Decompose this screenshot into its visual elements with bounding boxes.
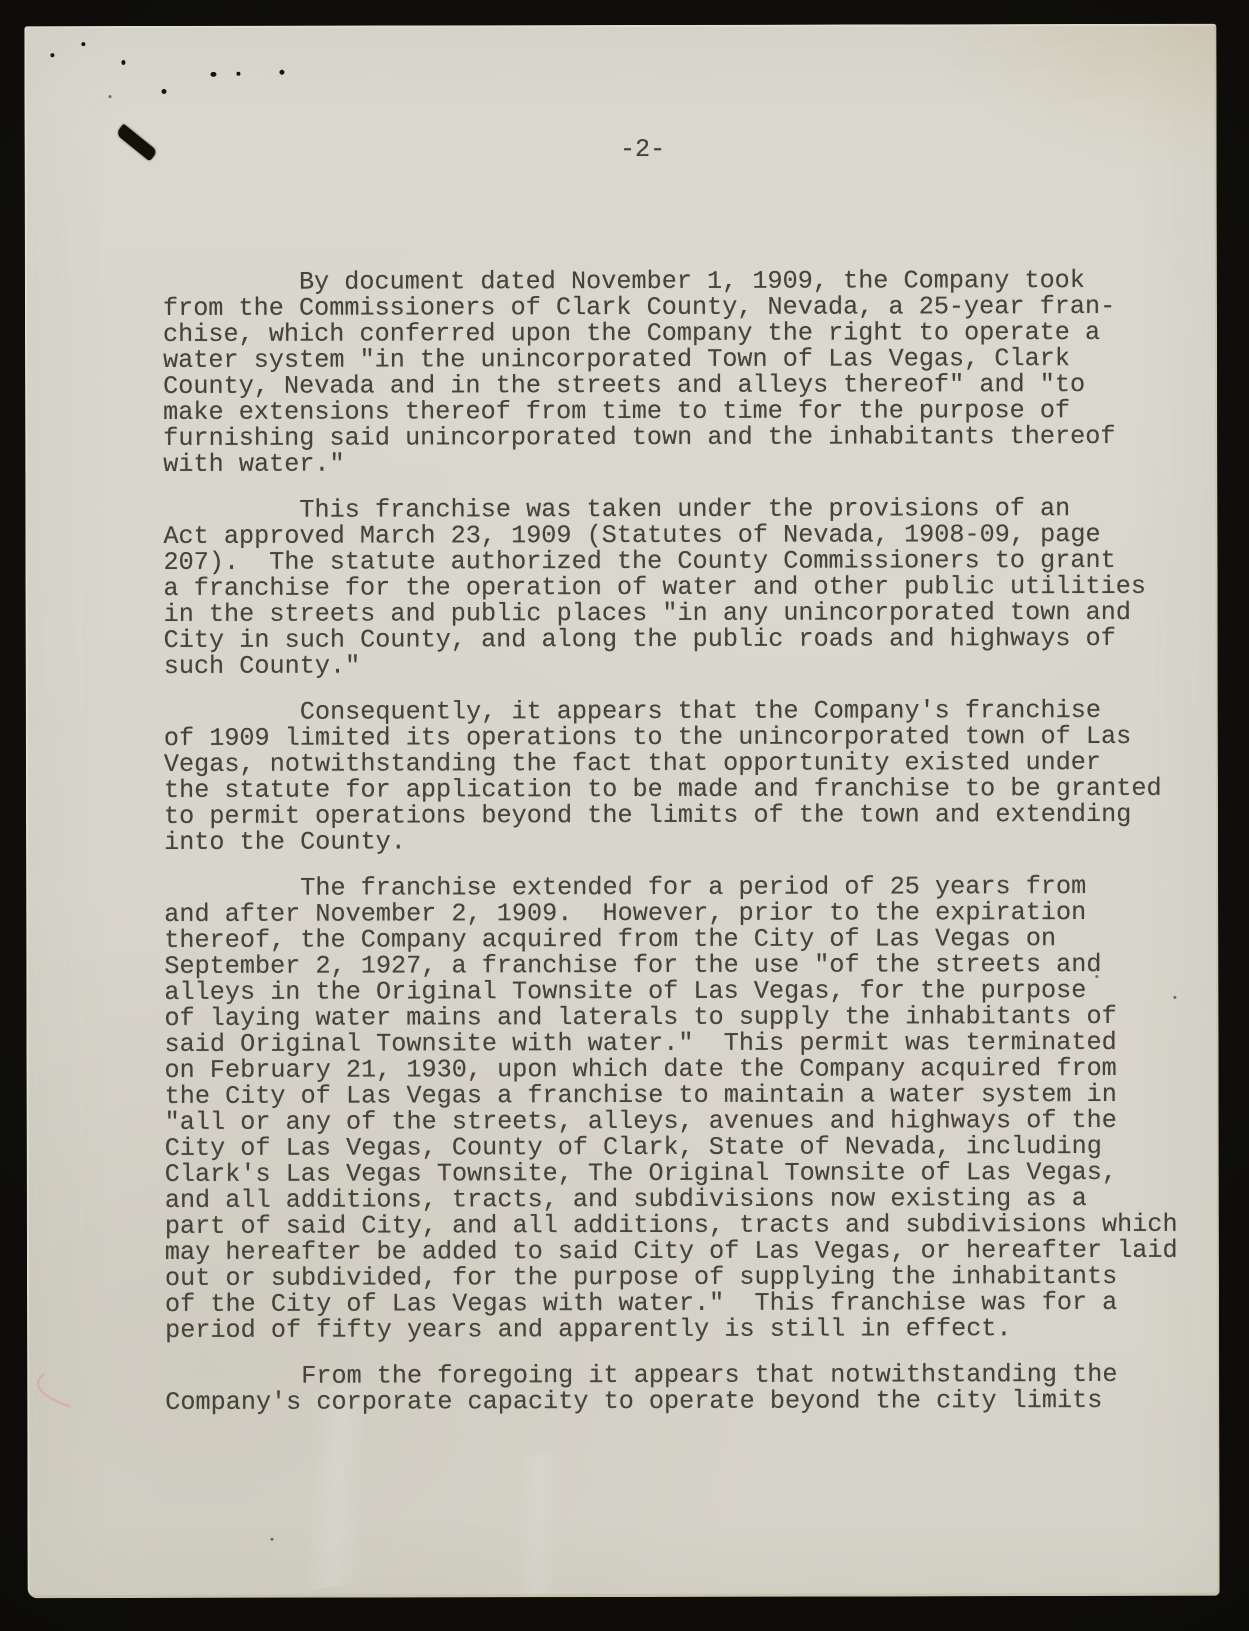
ink-speck: [108, 95, 111, 98]
ink-speck: [279, 70, 284, 75]
text-line: of the City of Las Vegas with water." Th…: [165, 1290, 1209, 1318]
scanned-document-screenshot: { "page_number": "-2-", "document": { "p…: [0, 0, 1249, 1631]
document-body: By document dated November 1, 1909, the …: [163, 268, 1209, 1436]
ink-speck: [121, 60, 125, 65]
paragraph: From the foregoing it appears that notwi…: [165, 1362, 1209, 1416]
text-line: such County.": [164, 652, 1208, 680]
paragraph: This franchise was taken under the provi…: [163, 496, 1207, 680]
text-line: furnishing said unincorporated town and …: [163, 424, 1207, 452]
pencil-mark-curve: [31, 1372, 81, 1412]
text-line: City in such County, and along the publi…: [164, 626, 1208, 654]
text-line: with water.": [163, 450, 1207, 478]
ink-speck: [210, 72, 216, 77]
ink-speck: [50, 53, 54, 57]
ink-speck: [271, 1538, 274, 1541]
ink-speck: [161, 89, 166, 94]
paragraph: Consequently, it appears that the Compan…: [164, 698, 1208, 856]
pink-pencil-mark: [31, 1372, 81, 1417]
page-number: -2-: [25, 136, 1217, 164]
paragraph: The franchise extended for a period of 2…: [164, 874, 1209, 1344]
paragraph: By document dated November 1, 1909, the …: [163, 268, 1207, 478]
text-line: period of fifty years and apparently is …: [165, 1316, 1209, 1344]
text-line: into the County.: [164, 828, 1208, 856]
text-line: Company's corporate capacity to operate …: [165, 1388, 1209, 1416]
text-line: to permit operations beyond the limits o…: [164, 802, 1208, 830]
ink-speck: [236, 72, 240, 76]
document-page: -2- By document dated November 1, 1909, …: [24, 24, 1219, 1598]
paper-crease: [273, 1437, 802, 1614]
ink-speck: [81, 42, 85, 46]
